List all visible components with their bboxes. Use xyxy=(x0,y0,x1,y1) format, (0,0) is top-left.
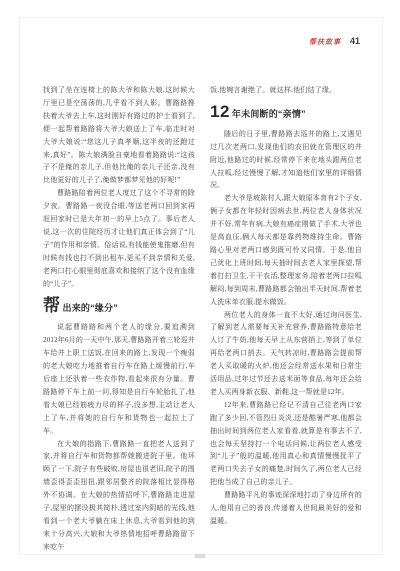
paragraph: 饭,他婉言谢绝了。就这样,他们结了缘。 xyxy=(210,84,362,97)
magazine-page: 帮扶故事 41 找到了坐在连椅上的陈大爷和陈大娘,这时候大厅里已是空荡荡的,几乎… xyxy=(0,0,400,571)
paragraph: 12年来,曹路路已经记不清自己往老两口家跑了多少回,不管烈日炎炎,还是酷暑严寒,… xyxy=(210,399,362,489)
section-header-big-number: 12 xyxy=(210,102,230,121)
column-tag: 帮扶故事 xyxy=(309,37,341,47)
article-body: 找到了坐在连椅上的陈大爷和陈大娘,这时候大厅里已是空荡荡的,几乎看不到人影。曹路… xyxy=(43,84,362,554)
paragraph: 随后的日子里,曹路路去巡井的路上,又遇见过几次老两口,发现他们的农田就在管理区的… xyxy=(210,128,362,193)
paragraph: 老大爷是坡陈村人,跟大娘原本育有2个子女,俩子女都在年轻时因病去世,两位老人身体… xyxy=(210,192,362,308)
section-header-yuanfen: 帮出来的“缘分” xyxy=(43,300,195,317)
binding-mark xyxy=(195,554,206,558)
paragraph: 说起曹路路和两个老人的缘分,要追溯到2012年6月的一天中午,那天,曹路路开着三… xyxy=(43,321,195,437)
paragraph: 两位老人的身体一直不太好,通过询问医生,了解到老人需要每天补充营养,曹路路特意给… xyxy=(210,309,362,399)
paragraph: 找到了坐在连椅上的陈大爷和陈大娘,这时候大厅里已是空荡荡的,几乎看不到人影。曹路… xyxy=(43,84,195,187)
section-header-qinqing: 12年未间断的“亲情” xyxy=(210,106,362,123)
right-column: 饭,他婉言谢绝了。就这样,他们结了缘。 12年未间断的“亲情” 随后的日子里,曹… xyxy=(210,84,362,554)
left-column: 找到了坐在连椅上的陈大爷和陈大娘,这时候大厅里已是空荡荡的,几乎看不到人影。曹路… xyxy=(43,84,195,554)
section-header-big-char: 帮 xyxy=(43,296,61,315)
section-header-text: 出来的“缘分” xyxy=(63,303,118,313)
paragraph: 在大娘的指路下,曹路路一直把老人送到了家,并将自行车和货物都帮她搬进院子里。他环… xyxy=(43,438,195,554)
page-header: 帮扶故事 41 xyxy=(309,36,360,47)
page-number: 41 xyxy=(350,36,360,46)
section-header-text: 年未间断的“亲情” xyxy=(232,109,306,119)
paragraph: 曹路路陪着两位老人度过了这个不寻常的除夕夜。曹路路一夜没合眼,等送老两口回到家再… xyxy=(43,187,195,290)
paragraph: 曹路路平凡的事迹深深地打动了身边所有的人,他用自己的善良,传递着人世间最美好的爱… xyxy=(210,489,362,528)
